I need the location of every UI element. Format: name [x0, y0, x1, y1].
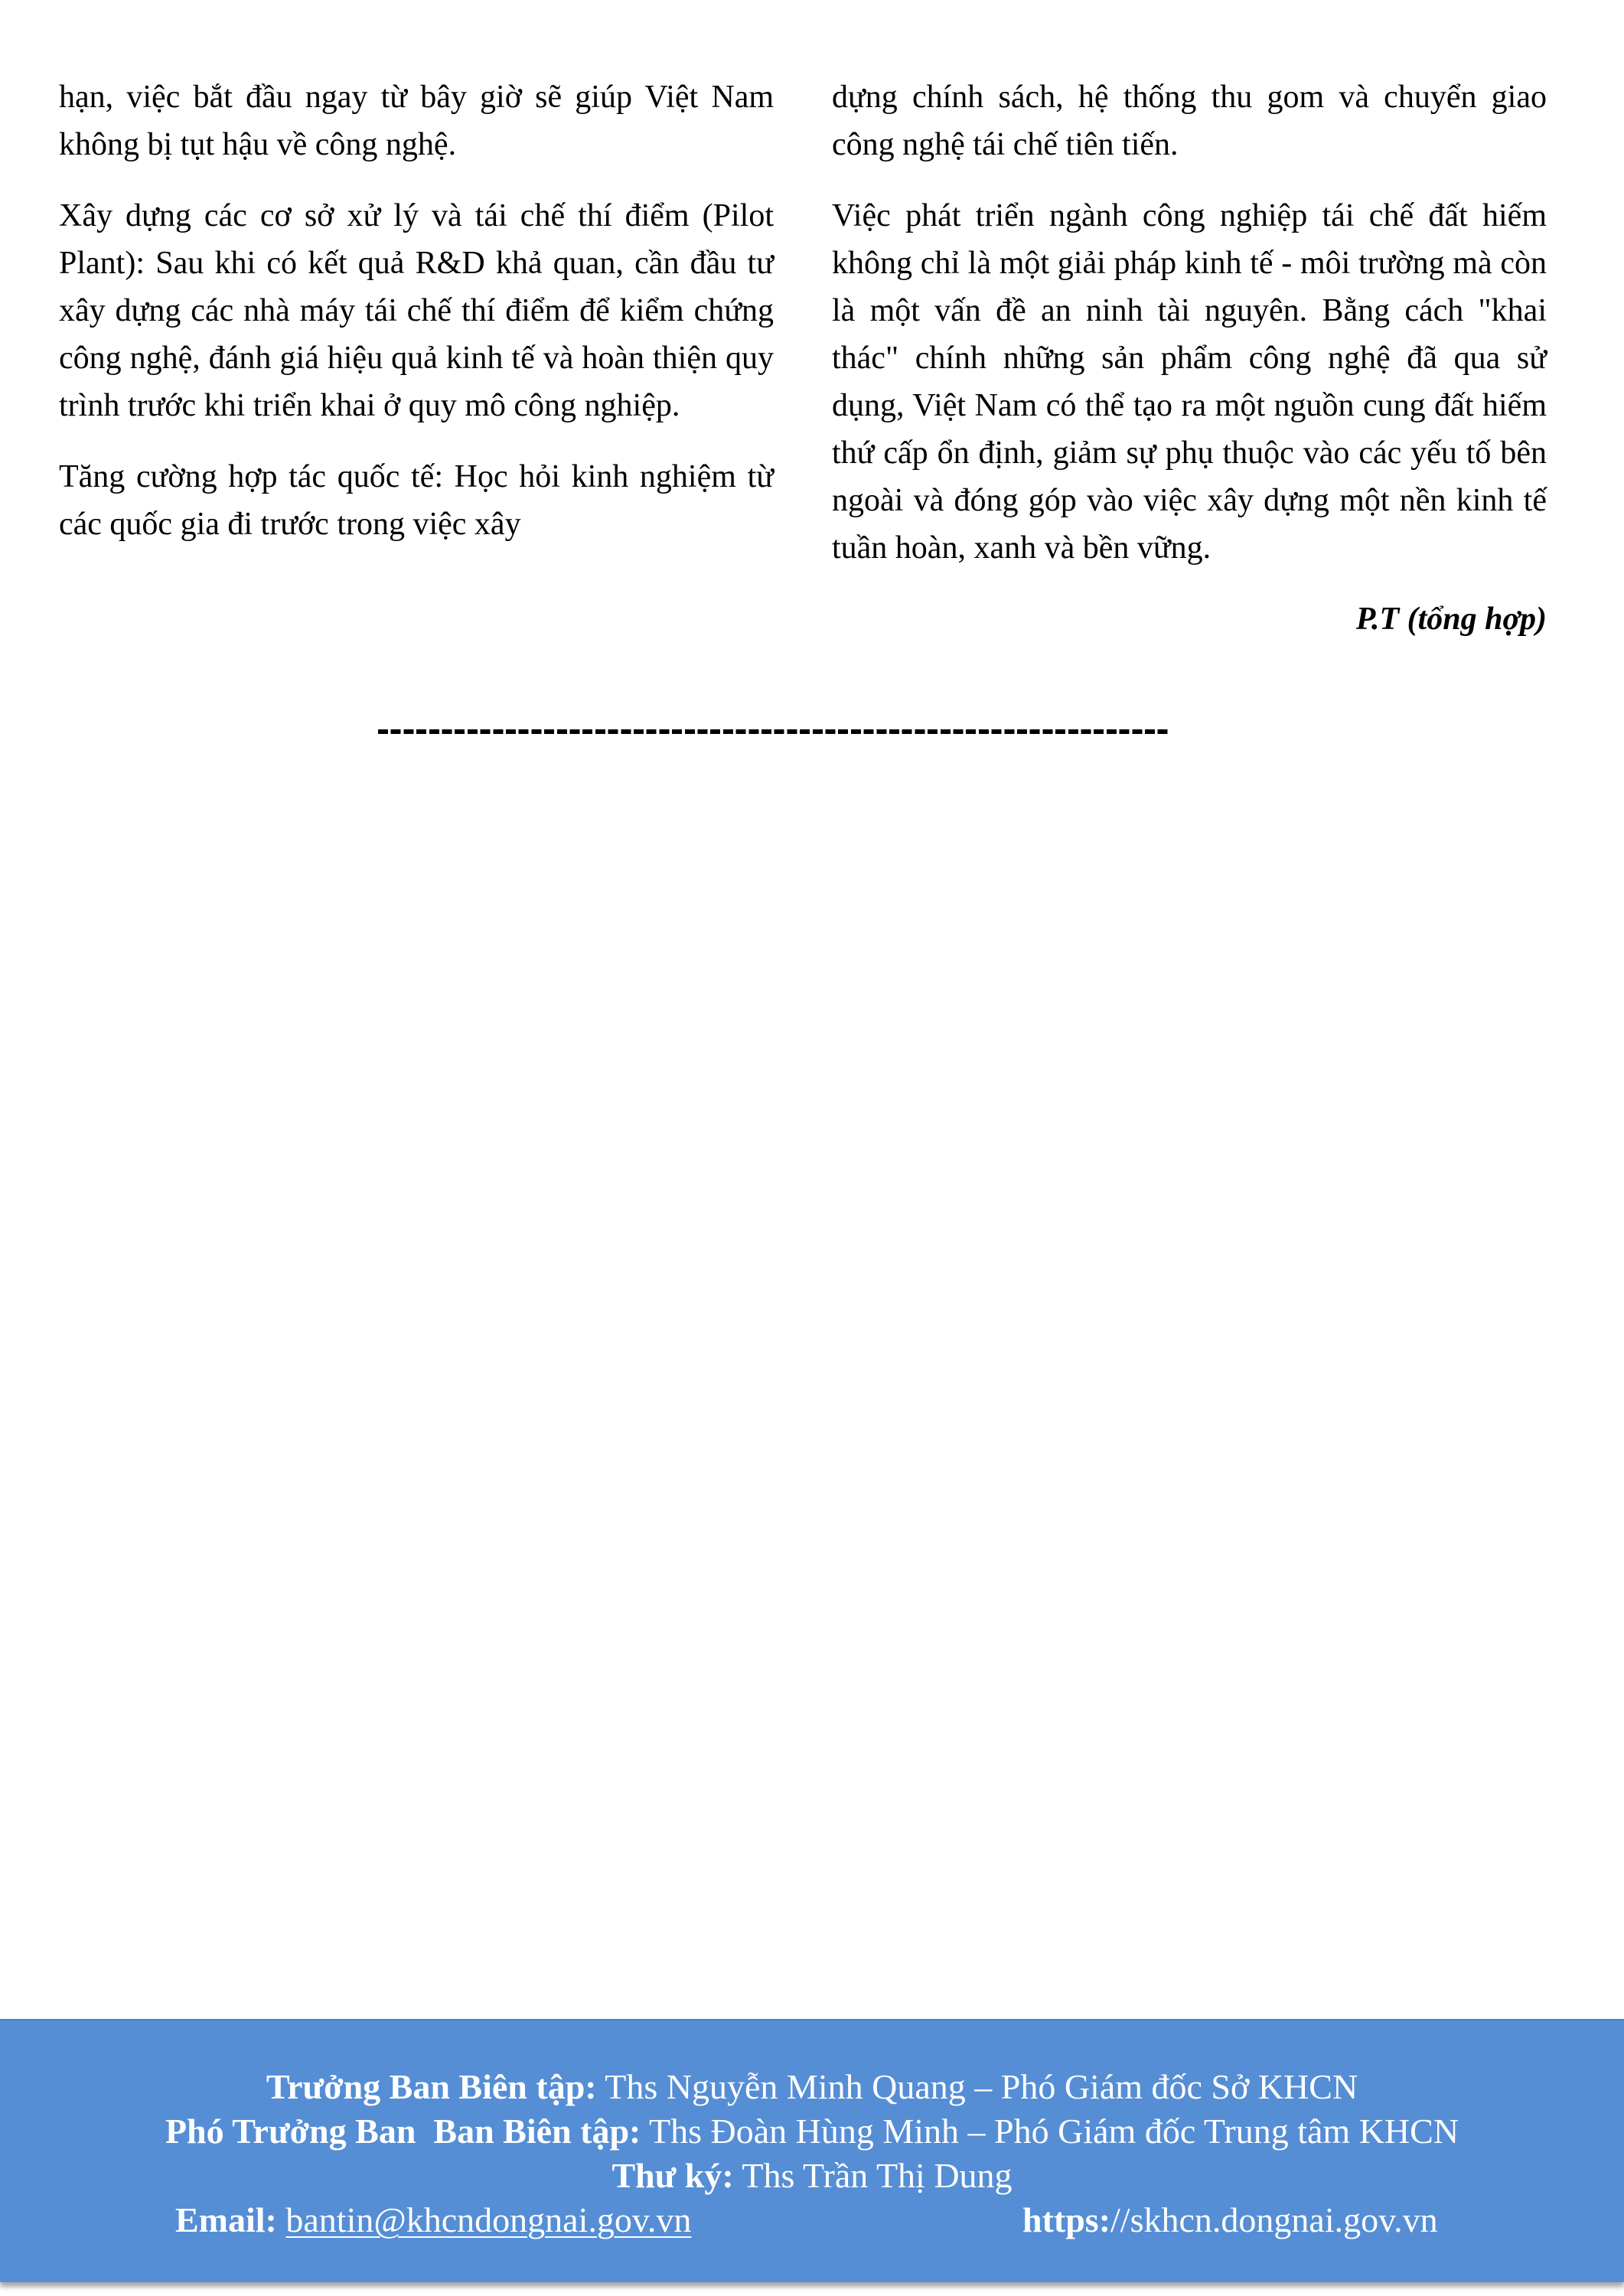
editor-in-chief-line: Trưởng Ban Biên tập: Ths Nguyễn Minh Qua…	[0, 2065, 1624, 2109]
secretary-line: Thư ký: Ths Trần Thị Dung	[0, 2154, 1624, 2198]
editor-in-chief-value: Ths Nguyễn Minh Quang – Phó Giám đốc Sở …	[597, 2067, 1358, 2106]
deputy-editor-value: Ths Đoàn Hùng Minh – Phó Giám đốc Trung …	[641, 2112, 1459, 2151]
section-separator	[378, 718, 1169, 748]
paragraph: dựng chính sách, hệ thống thu gom và chu…	[832, 73, 1547, 168]
author-byline: P.T (tổng hợp)	[832, 595, 1547, 643]
editor-in-chief-label: Trưởng Ban Biên tập:	[266, 2067, 597, 2106]
dashed-divider	[378, 729, 1169, 734]
website-scheme: https:	[1022, 2200, 1110, 2239]
contact-row: Email: bantin@khcndongnai.gov.vn https:/…	[0, 2198, 1624, 2242]
document-page: hạn, việc bắt đầu ngay từ bây giờ sẽ giú…	[0, 0, 1624, 2296]
paragraph: Việc phát triển ngành công nghiệp tái ch…	[832, 192, 1547, 572]
paragraph: Tăng cường hợp tác quốc tế: Học hỏi kinh…	[59, 453, 774, 548]
website-contact: https://skhcn.dongnai.gov.vn	[1022, 2198, 1438, 2242]
deputy-editor-line: Phó Trưởng Ban Ban Biên tập: Ths Đoàn Hù…	[0, 2109, 1624, 2154]
article-left-column: hạn, việc bắt đầu ngay từ bây giờ sẽ giú…	[59, 73, 774, 572]
article-right-column: dựng chính sách, hệ thống thu gom và chu…	[832, 73, 1547, 667]
email-label: Email:	[175, 2200, 277, 2239]
paragraph: hạn, việc bắt đầu ngay từ bây giờ sẽ giú…	[59, 73, 774, 168]
secretary-value: Ths Trần Thị Dung	[734, 2156, 1013, 2195]
secretary-label: Thư ký:	[611, 2156, 733, 2195]
paragraph: Xây dựng các cơ sở xử lý và tái chế thí …	[59, 192, 774, 429]
email-link[interactable]: bantin@khcndongnai.gov.vn	[285, 2200, 691, 2239]
email-contact: Email: bantin@khcndongnai.gov.vn	[175, 2198, 691, 2242]
editorial-board: Trưởng Ban Biên tập: Ths Nguyễn Minh Qua…	[0, 2065, 1624, 2198]
deputy-editor-label: Phó Trưởng Ban Ban Biên tập:	[165, 2112, 641, 2151]
newsletter-footer: Trưởng Ban Biên tập: Ths Nguyễn Minh Qua…	[0, 2019, 1624, 2282]
website-link[interactable]: https://skhcn.dongnai.gov.vn	[1022, 2200, 1438, 2239]
website-address: //skhcn.dongnai.gov.vn	[1110, 2200, 1438, 2239]
